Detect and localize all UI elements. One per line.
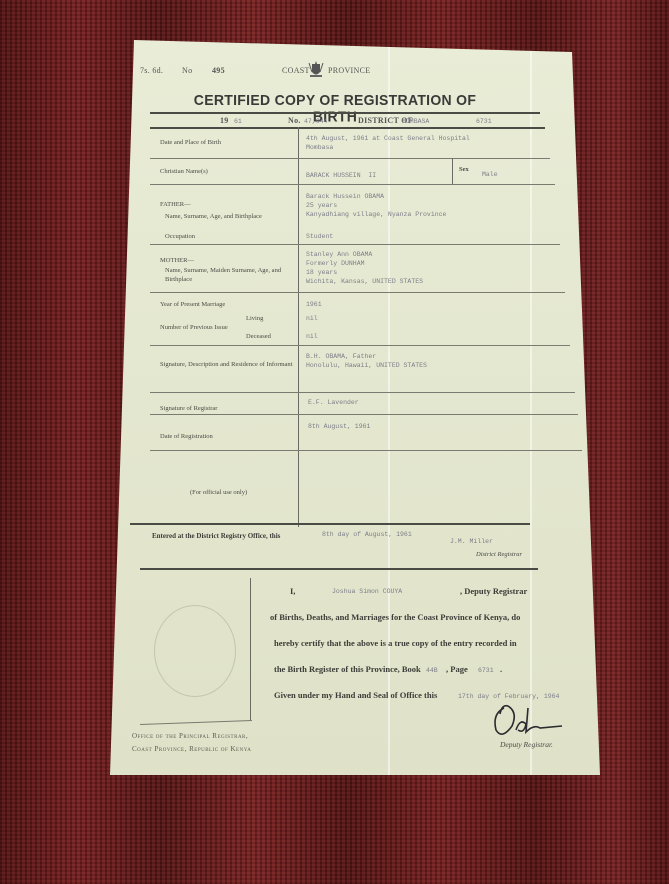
photo-background: 7s. 6d. No 495 COAST PROVINCE CERTIFIED … [0,0,669,884]
mother-value: Stanley Ann OBAMA Formerly DUNHAM 18 yea… [306,250,423,286]
embossed-seal [154,605,236,697]
deputy-title: , Deputy Registrar [460,586,527,596]
names-label: Christian Name(s) [160,167,208,176]
row-line [150,244,560,245]
mother-label: Name, Surname, Maiden Surname, Age, and … [165,266,295,284]
seal-box-border [140,720,252,725]
mother-heading: MOTHER— [160,256,194,265]
corner-number: 6731 [476,117,492,126]
handwritten-signature-icon [490,700,570,740]
living-label: Living [246,314,263,323]
cert-line-4a: the Birth Register of this Province, Boo… [274,664,421,674]
cert-i: I, [290,586,295,596]
registration-date-value: 8th August, 1961 [308,422,370,431]
sex-label: Sex [459,165,469,174]
divider [150,127,545,129]
occupation-value: Student [306,232,333,241]
row-line [150,450,582,451]
issue-label: Number of Previous Issue [160,323,228,332]
entry-no-label: No. [288,116,301,125]
birth-label: Date and Place of Birth [160,138,221,147]
cert-line-4b: , Page [446,664,468,674]
deputy-name: Joshua Simon COUYA [332,587,402,596]
father-value: Barack Hussein OBAMA 25 years Kanyadhian… [306,192,446,219]
birth-value: 4th August, 1961 at Coast General Hospit… [306,134,470,152]
divider [140,568,538,570]
serial-label: No [182,66,192,75]
district-registrar-name: J.M. Miller [450,537,493,546]
father-label: Name, Surname, Age, and Birthplace [165,212,262,221]
year-prefix: 19 [220,116,229,125]
informant-value: B.H. OBAMA, Father Honolulu, Hawaii, UNI… [306,352,427,370]
registration-date-label: Date of Registration [160,432,213,441]
year-suffix: 61 [234,117,242,126]
cert-line-4c: . [500,664,502,674]
district: MOMBASA [402,117,429,126]
registrar-signature-label: Signature of Registrar [160,404,217,413]
province-right: PROVINCE [328,66,370,75]
district-registrar-title: District Registrar [476,550,522,559]
fee: 7s. 6d. [140,66,163,75]
book-number: 44B [426,666,438,675]
entry-text: Entered at the District Registry Office,… [152,532,280,540]
sex-divider [452,158,453,184]
deceased-label: Deceased [246,332,271,341]
cert-line-5: Given under my Hand and Seal of Office t… [274,690,437,700]
informant-label: Signature, Description and Residence of … [160,360,295,369]
marriage-value: 1961 [306,300,322,309]
father-heading: FATHER— [160,200,191,209]
living-value: nil [306,314,318,323]
row-line [150,184,555,185]
coat-of-arms-icon [308,60,324,80]
column-divider [298,127,299,527]
fold-crease [530,40,532,775]
row-line [150,345,570,346]
deputy-registrar-title: Deputy Registrar. [500,740,553,749]
serial-number: 495 [212,66,225,75]
page-number: 6731 [478,666,494,675]
birth-certificate: 7s. 6d. No 495 COAST PROVINCE CERTIFIED … [110,40,600,775]
occupation-label: Occupation [165,232,195,241]
row-line [150,158,550,159]
divider [150,112,540,114]
row-line [150,414,578,415]
entry-date: 8th day of August, 1961 [322,530,412,539]
registrar-signature-value: E.F. Lavender [308,398,359,407]
divider [130,523,530,525]
official-use-note: (For official use only) [190,488,247,497]
cert-line-2: of Births, Deaths, and Marriages for the… [270,612,520,622]
office-line-2: Coast Province, Republic of Kenya [132,745,251,753]
province-left: COAST [282,66,310,75]
deceased-value: nil [306,332,318,341]
seal-box-border [250,578,251,720]
cert-line-3: hereby certify that the above is a true … [274,638,517,648]
row-line [150,392,575,393]
sex-value: Male [482,170,498,179]
entry-number: 47,044 [304,117,327,126]
row-line [150,292,565,293]
names-value: BARACK HUSSEIN II [306,171,376,180]
marriage-label: Year of Present Marriage [160,300,225,309]
office-line-1: Office of the Principal Registrar, [132,732,248,740]
